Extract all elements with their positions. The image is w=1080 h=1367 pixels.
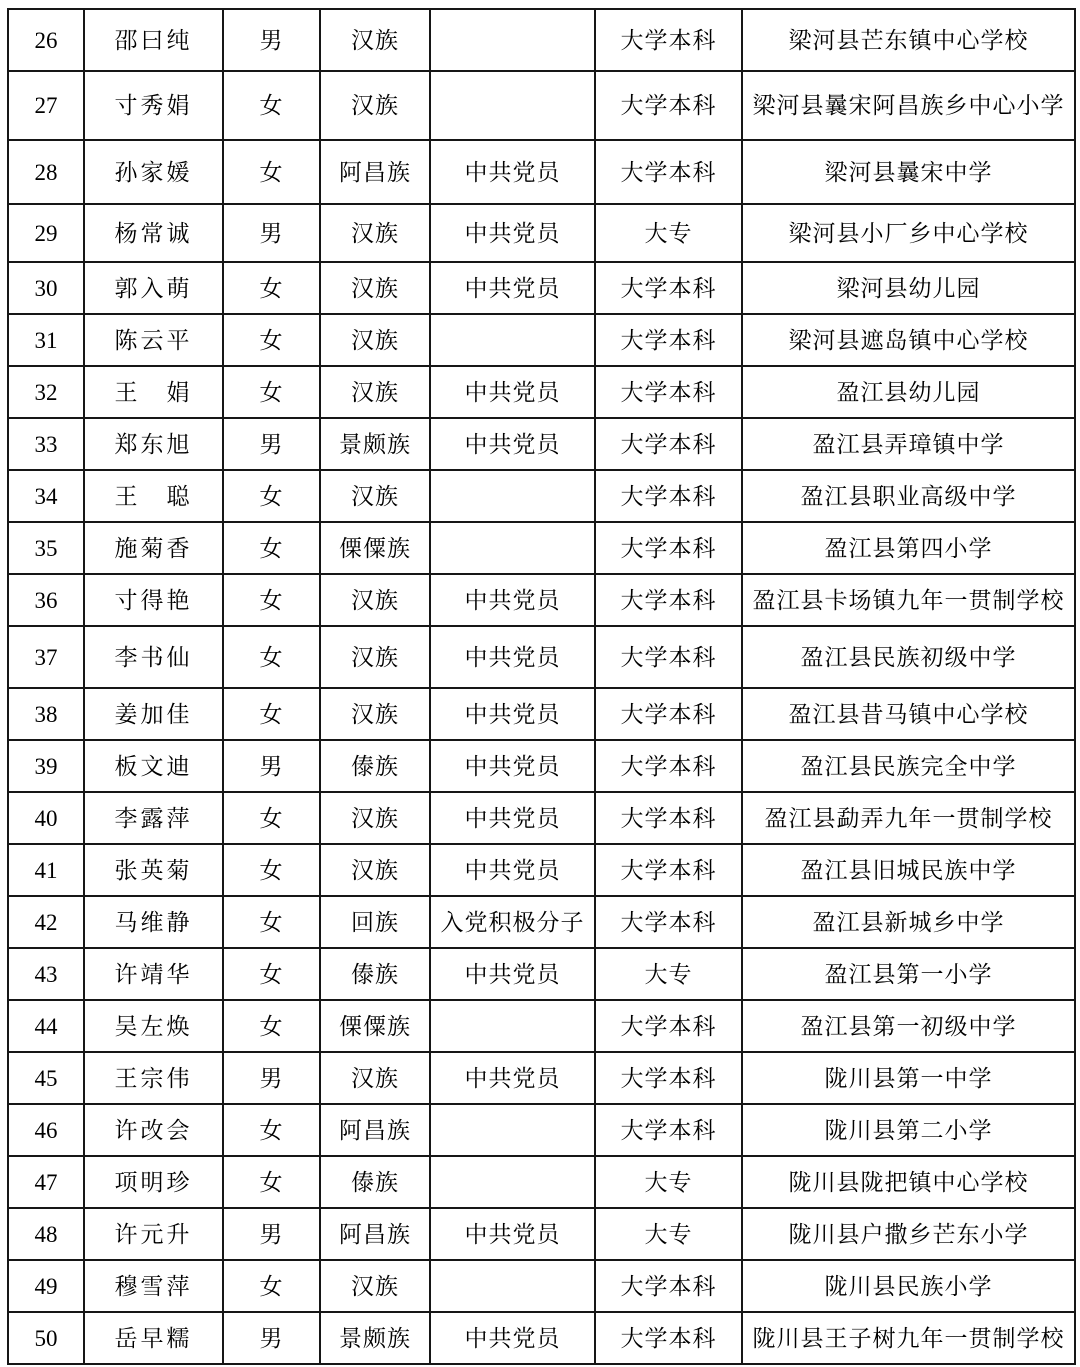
- cell-education: 大学本科: [595, 740, 742, 792]
- cell-school: 盈江县第一小学: [742, 948, 1075, 1000]
- cell-ethnicity: 汉族: [320, 71, 430, 140]
- cell-school: 盈江县第一初级中学: [742, 1000, 1075, 1052]
- table-row: 26邵曰纯男汉族大学本科梁河县芒东镇中心学校: [8, 9, 1075, 71]
- cell-political-status: [430, 522, 595, 574]
- cell-political-status: 中共党员: [430, 1312, 595, 1364]
- cell-school: 盈江县民族初级中学: [742, 626, 1075, 688]
- cell-number: 36: [8, 574, 84, 626]
- cell-name: 许元升: [84, 1208, 223, 1260]
- cell-education: 大专: [595, 1208, 742, 1260]
- cell-political-status: 入党积极分子: [430, 896, 595, 948]
- cell-gender: 男: [223, 204, 320, 262]
- cell-school: 盈江县昔马镇中心学校: [742, 688, 1075, 740]
- cell-number: 38: [8, 688, 84, 740]
- cell-education: 大学本科: [595, 1000, 742, 1052]
- cell-school: 梁河县芒东镇中心学校: [742, 9, 1075, 71]
- table-row: 27寸秀娟女汉族大学本科梁河县曩宋阿昌族乡中心小学: [8, 71, 1075, 140]
- cell-number: 33: [8, 418, 84, 470]
- cell-education: 大学本科: [595, 522, 742, 574]
- table-row: 28孙家媛女阿昌族中共党员大学本科梁河县曩宋中学: [8, 140, 1075, 204]
- cell-name: 姜加佳: [84, 688, 223, 740]
- cell-school: 盈江县幼儿园: [742, 366, 1075, 418]
- cell-school: 盈江县职业高级中学: [742, 470, 1075, 522]
- cell-school: 梁河县曩宋阿昌族乡中心小学: [742, 71, 1075, 140]
- cell-gender: 女: [223, 1104, 320, 1156]
- cell-gender: 女: [223, 71, 320, 140]
- cell-political-status: [430, 470, 595, 522]
- cell-school: 盈江县卡场镇九年一贯制学校: [742, 574, 1075, 626]
- cell-name: 李书仙: [84, 626, 223, 688]
- cell-gender: 女: [223, 522, 320, 574]
- cell-school: 陇川县户撒乡芒东小学: [742, 1208, 1075, 1260]
- cell-number: 26: [8, 9, 84, 71]
- cell-ethnicity: 汉族: [320, 366, 430, 418]
- cell-ethnicity: 汉族: [320, 262, 430, 314]
- cell-political-status: [430, 1000, 595, 1052]
- cell-education: 大学本科: [595, 9, 742, 71]
- cell-ethnicity: 汉族: [320, 9, 430, 71]
- cell-education: 大学本科: [595, 418, 742, 470]
- cell-political-status: 中共党员: [430, 262, 595, 314]
- cell-education: 大学本科: [595, 1312, 742, 1364]
- cell-number: 29: [8, 204, 84, 262]
- cell-gender: 女: [223, 140, 320, 204]
- cell-number: 27: [8, 71, 84, 140]
- cell-name: 孙家媛: [84, 140, 223, 204]
- cell-ethnicity: 汉族: [320, 470, 430, 522]
- cell-name: 杨常诚: [84, 204, 223, 262]
- cell-name: 邵曰纯: [84, 9, 223, 71]
- cell-number: 37: [8, 626, 84, 688]
- cell-education: 大学本科: [595, 1104, 742, 1156]
- cell-ethnicity: 汉族: [320, 574, 430, 626]
- cell-education: 大学本科: [595, 71, 742, 140]
- cell-education: 大学本科: [595, 1052, 742, 1104]
- cell-name: 穆雪萍: [84, 1260, 223, 1312]
- table-row: 33郑东旭男景颇族中共党员大学本科盈江县弄璋镇中学: [8, 418, 1075, 470]
- cell-number: 47: [8, 1156, 84, 1208]
- cell-education: 大学本科: [595, 470, 742, 522]
- cell-number: 40: [8, 792, 84, 844]
- cell-ethnicity: 傈僳族: [320, 522, 430, 574]
- cell-gender: 女: [223, 792, 320, 844]
- cell-name: 郭入萌: [84, 262, 223, 314]
- cell-education: 大专: [595, 1156, 742, 1208]
- cell-number: 34: [8, 470, 84, 522]
- cell-gender: 女: [223, 1000, 320, 1052]
- table-row: 29杨常诚男汉族中共党员大专梁河县小厂乡中心学校: [8, 204, 1075, 262]
- cell-name: 王 聪: [84, 470, 223, 522]
- cell-political-status: 中共党员: [430, 948, 595, 1000]
- cell-gender: 女: [223, 626, 320, 688]
- table-row: 38姜加佳女汉族中共党员大学本科盈江县昔马镇中心学校: [8, 688, 1075, 740]
- cell-name: 项明珍: [84, 1156, 223, 1208]
- cell-number: 50: [8, 1312, 84, 1364]
- cell-ethnicity: 汉族: [320, 204, 430, 262]
- cell-number: 48: [8, 1208, 84, 1260]
- table-row: 31陈云平女汉族大学本科梁河县遮岛镇中心学校: [8, 314, 1075, 366]
- cell-ethnicity: 傈僳族: [320, 1000, 430, 1052]
- cell-gender: 女: [223, 896, 320, 948]
- cell-political-status: 中共党员: [430, 140, 595, 204]
- cell-ethnicity: 汉族: [320, 844, 430, 896]
- cell-gender: 女: [223, 366, 320, 418]
- cell-education: 大学本科: [595, 844, 742, 896]
- cell-political-status: [430, 1104, 595, 1156]
- cell-number: 42: [8, 896, 84, 948]
- table-row: 41张英菊女汉族中共党员大学本科盈江县旧城民族中学: [8, 844, 1075, 896]
- cell-name: 寸得艳: [84, 574, 223, 626]
- table-row: 49穆雪萍女汉族大学本科陇川县民族小学: [8, 1260, 1075, 1312]
- cell-education: 大学本科: [595, 626, 742, 688]
- personnel-table: 26邵曰纯男汉族大学本科梁河县芒东镇中心学校27寸秀娟女汉族大学本科梁河县曩宋阿…: [7, 8, 1076, 1365]
- cell-school: 盈江县第四小学: [742, 522, 1075, 574]
- cell-number: 45: [8, 1052, 84, 1104]
- cell-political-status: [430, 9, 595, 71]
- cell-name: 板文迪: [84, 740, 223, 792]
- cell-name: 寸秀娟: [84, 71, 223, 140]
- table-row: 36寸得艳女汉族中共党员大学本科盈江县卡场镇九年一贯制学校: [8, 574, 1075, 626]
- cell-name: 施菊香: [84, 522, 223, 574]
- cell-political-status: 中共党员: [430, 1052, 595, 1104]
- cell-school: 梁河县遮岛镇中心学校: [742, 314, 1075, 366]
- cell-political-status: 中共党员: [430, 204, 595, 262]
- table-row: 34王 聪女汉族大学本科盈江县职业高级中学: [8, 470, 1075, 522]
- cell-gender: 女: [223, 314, 320, 366]
- cell-name: 李露萍: [84, 792, 223, 844]
- cell-number: 44: [8, 1000, 84, 1052]
- cell-political-status: [430, 1156, 595, 1208]
- document-page: 26邵曰纯男汉族大学本科梁河县芒东镇中心学校27寸秀娟女汉族大学本科梁河县曩宋阿…: [0, 0, 1080, 1367]
- cell-political-status: [430, 71, 595, 140]
- cell-ethnicity: 汉族: [320, 314, 430, 366]
- cell-ethnicity: 傣族: [320, 948, 430, 1000]
- cell-school: 梁河县幼儿园: [742, 262, 1075, 314]
- cell-political-status: 中共党员: [430, 366, 595, 418]
- cell-gender: 女: [223, 688, 320, 740]
- cell-gender: 男: [223, 1208, 320, 1260]
- cell-school: 陇川县第二小学: [742, 1104, 1075, 1156]
- table-row: 32王 娟女汉族中共党员大学本科盈江县幼儿园: [8, 366, 1075, 418]
- cell-ethnicity: 汉族: [320, 688, 430, 740]
- cell-school: 盈江县民族完全中学: [742, 740, 1075, 792]
- cell-education: 大学本科: [595, 688, 742, 740]
- cell-ethnicity: 回族: [320, 896, 430, 948]
- cell-name: 王宗伟: [84, 1052, 223, 1104]
- cell-education: 大学本科: [595, 792, 742, 844]
- cell-school: 陇川县民族小学: [742, 1260, 1075, 1312]
- cell-political-status: 中共党员: [430, 792, 595, 844]
- cell-number: 41: [8, 844, 84, 896]
- cell-political-status: 中共党员: [430, 688, 595, 740]
- table-row: 35施菊香女傈僳族大学本科盈江县第四小学: [8, 522, 1075, 574]
- table-row: 46许改会女阿昌族大学本科陇川县第二小学: [8, 1104, 1075, 1156]
- cell-political-status: 中共党员: [430, 740, 595, 792]
- cell-number: 43: [8, 948, 84, 1000]
- cell-political-status: 中共党员: [430, 1208, 595, 1260]
- cell-ethnicity: 汉族: [320, 626, 430, 688]
- cell-political-status: [430, 314, 595, 366]
- cell-ethnicity: 傣族: [320, 740, 430, 792]
- cell-school: 盈江县新城乡中学: [742, 896, 1075, 948]
- cell-education: 大专: [595, 204, 742, 262]
- cell-education: 大学本科: [595, 140, 742, 204]
- table-row: 30郭入萌女汉族中共党员大学本科梁河县幼儿园: [8, 262, 1075, 314]
- cell-education: 大学本科: [595, 262, 742, 314]
- cell-political-status: 中共党员: [430, 574, 595, 626]
- cell-name: 岳早糯: [84, 1312, 223, 1364]
- table-row: 42马维静女回族入党积极分子大学本科盈江县新城乡中学: [8, 896, 1075, 948]
- cell-school: 盈江县弄璋镇中学: [742, 418, 1075, 470]
- cell-school: 梁河县小厂乡中心学校: [742, 204, 1075, 262]
- cell-name: 王 娟: [84, 366, 223, 418]
- table-row: 47项明珍女傣族大专陇川县陇把镇中心学校: [8, 1156, 1075, 1208]
- cell-gender: 女: [223, 844, 320, 896]
- cell-school: 梁河县曩宋中学: [742, 140, 1075, 204]
- cell-gender: 男: [223, 740, 320, 792]
- cell-name: 马维静: [84, 896, 223, 948]
- table-row: 44吴左焕女傈僳族大学本科盈江县第一初级中学: [8, 1000, 1075, 1052]
- table-row: 39板文迪男傣族中共党员大学本科盈江县民族完全中学: [8, 740, 1075, 792]
- cell-number: 30: [8, 262, 84, 314]
- cell-gender: 女: [223, 1156, 320, 1208]
- cell-gender: 女: [223, 470, 320, 522]
- cell-gender: 男: [223, 418, 320, 470]
- cell-gender: 男: [223, 1312, 320, 1364]
- cell-ethnicity: 汉族: [320, 1260, 430, 1312]
- cell-ethnicity: 阿昌族: [320, 140, 430, 204]
- cell-gender: 女: [223, 1260, 320, 1312]
- cell-name: 吴左焕: [84, 1000, 223, 1052]
- cell-ethnicity: 汉族: [320, 1052, 430, 1104]
- cell-name: 陈云平: [84, 314, 223, 366]
- cell-name: 许靖华: [84, 948, 223, 1000]
- cell-number: 31: [8, 314, 84, 366]
- cell-education: 大专: [595, 948, 742, 1000]
- cell-gender: 女: [223, 948, 320, 1000]
- cell-number: 49: [8, 1260, 84, 1312]
- cell-ethnicity: 阿昌族: [320, 1104, 430, 1156]
- cell-number: 39: [8, 740, 84, 792]
- cell-ethnicity: 阿昌族: [320, 1208, 430, 1260]
- table-row: 45王宗伟男汉族中共党员大学本科陇川县第一中学: [8, 1052, 1075, 1104]
- table-row: 37李书仙女汉族中共党员大学本科盈江县民族初级中学: [8, 626, 1075, 688]
- cell-number: 32: [8, 366, 84, 418]
- cell-number: 35: [8, 522, 84, 574]
- cell-ethnicity: 汉族: [320, 792, 430, 844]
- cell-ethnicity: 傣族: [320, 1156, 430, 1208]
- cell-school: 陇川县第一中学: [742, 1052, 1075, 1104]
- cell-political-status: [430, 1260, 595, 1312]
- cell-education: 大学本科: [595, 896, 742, 948]
- cell-political-status: 中共党员: [430, 844, 595, 896]
- cell-gender: 女: [223, 262, 320, 314]
- cell-education: 大学本科: [595, 574, 742, 626]
- cell-gender: 男: [223, 1052, 320, 1104]
- cell-education: 大学本科: [595, 1260, 742, 1312]
- cell-school: 盈江县旧城民族中学: [742, 844, 1075, 896]
- cell-education: 大学本科: [595, 366, 742, 418]
- cell-number: 28: [8, 140, 84, 204]
- cell-number: 46: [8, 1104, 84, 1156]
- cell-political-status: 中共党员: [430, 418, 595, 470]
- table-row: 48许元升男阿昌族中共党员大专陇川县户撒乡芒东小学: [8, 1208, 1075, 1260]
- cell-school: 盈江县勐弄九年一贯制学校: [742, 792, 1075, 844]
- cell-school: 陇川县陇把镇中心学校: [742, 1156, 1075, 1208]
- table-row: 43许靖华女傣族中共党员大专盈江县第一小学: [8, 948, 1075, 1000]
- cell-ethnicity: 景颇族: [320, 1312, 430, 1364]
- cell-school: 陇川县王子树九年一贯制学校: [742, 1312, 1075, 1364]
- cell-name: 郑东旭: [84, 418, 223, 470]
- table-body: 26邵曰纯男汉族大学本科梁河县芒东镇中心学校27寸秀娟女汉族大学本科梁河县曩宋阿…: [8, 9, 1075, 1364]
- cell-ethnicity: 景颇族: [320, 418, 430, 470]
- cell-name: 张英菊: [84, 844, 223, 896]
- cell-education: 大学本科: [595, 314, 742, 366]
- cell-political-status: 中共党员: [430, 626, 595, 688]
- table-row: 50岳早糯男景颇族中共党员大学本科陇川县王子树九年一贯制学校: [8, 1312, 1075, 1364]
- cell-gender: 男: [223, 9, 320, 71]
- table-row: 40李露萍女汉族中共党员大学本科盈江县勐弄九年一贯制学校: [8, 792, 1075, 844]
- cell-gender: 女: [223, 574, 320, 626]
- cell-name: 许改会: [84, 1104, 223, 1156]
